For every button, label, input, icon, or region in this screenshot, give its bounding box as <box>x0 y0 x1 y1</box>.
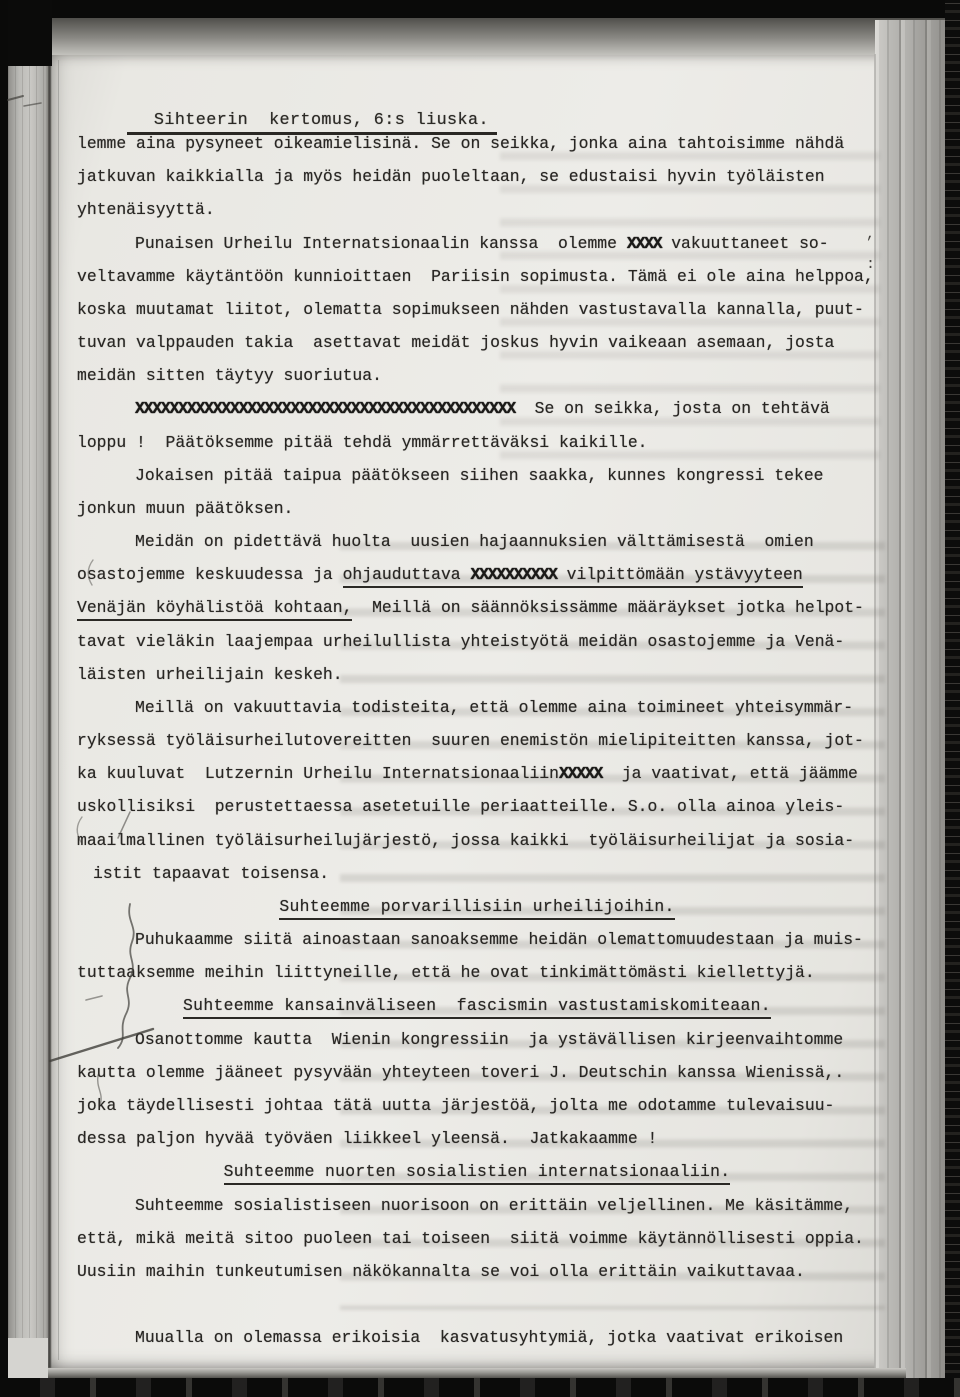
text-line: jatkuvan kaikkialla ja myös heidän puole… <box>77 160 877 193</box>
line-text: jatkuvan kaikkialla ja myös heidän puole… <box>77 167 825 186</box>
overstrike-redaction: XXXXXXXXXX <box>470 565 556 588</box>
left-binding-edge <box>8 40 46 1390</box>
line-text: että, mikä meitä sitoo puoleen tai toise… <box>77 1229 864 1248</box>
text-line: Muualla on olemassa erikoisia kasvatusyh… <box>77 1321 877 1354</box>
line-text: tuvan valppauden takia asettavat meidät … <box>77 333 834 352</box>
line-text: Jokaisen pitää taipua päätökseen siihen … <box>135 466 824 485</box>
line-text: veltavamme käytäntöön kunnioittaen Parii… <box>77 267 874 286</box>
text-line: tuttaaksemme meihin liittyneille, että h… <box>77 956 877 989</box>
line-text: Suhteemme nuorten sosialistien internats… <box>224 1162 731 1185</box>
line-text: Venäjän köyhälistöä kohtaan, <box>77 598 352 621</box>
line-text: yhtenäisyyttä. <box>77 200 215 219</box>
text-line: maailmallinen työläisurheilujärjestö, jo… <box>77 824 877 857</box>
overstrike-redaction: XXXX <box>627 234 662 253</box>
line-text: osastojemme keskuudessa ja <box>77 565 343 584</box>
scanned-book-page: Sihteerin kertomus, 6:s liuska. lemme ai… <box>0 0 960 1397</box>
text-line: uskollisiksi perustettaessa asetetuille … <box>77 790 877 823</box>
right-page-edges <box>875 20 945 1380</box>
text-line: joka täydellisesti johtaa tätä uutta jär… <box>77 1089 877 1122</box>
binding-crease-faint <box>58 60 59 1360</box>
line-text: Osanottomme kautta Wienin kongressiin ja… <box>135 1030 843 1049</box>
bottom-scan-band <box>0 1378 960 1397</box>
line-text: meidän sitten täytyy suoriutua. <box>77 366 382 385</box>
text-line: Punaisen Urheilu Internatsionaalin kanss… <box>77 227 877 260</box>
text-line: istit tapaavat toisensa. <box>77 857 877 890</box>
text-line: ka kuuluvat Lutzernin Urheilu Internatsi… <box>77 757 877 790</box>
document-body: lemme aina pysyneet oikeamielisinä. Se o… <box>77 127 877 1354</box>
line-text: jonkun muun päätöksen. <box>77 499 293 518</box>
line-text: lemme aina pysyneet oikeamielisinä. Se o… <box>77 134 844 153</box>
line-text: Suhteemme sosialistiseen nuorisoon on er… <box>135 1196 853 1215</box>
text-line: läisten urheilijain keskeh. <box>77 658 877 691</box>
line-text: istit tapaavat toisensa. <box>93 864 329 883</box>
text-line: dessa paljon hyvää työväen liikkeel ylee… <box>77 1122 877 1155</box>
line-text: Meidän on pidettävä huolta uusien hajaan… <box>135 532 814 551</box>
text-line: tavat vieläkin laajempaa urheilullista y… <box>77 625 877 658</box>
line-text: Punaisen Urheilu Internatsionaalin kanss… <box>135 234 627 253</box>
line-text: Meillä on säännöksissämme määräykset jot… <box>352 598 863 617</box>
section-heading: Suhteemme kansainväliseen fascismin vast… <box>77 989 877 1022</box>
text-line: Venäjän köyhälistöä kohtaan, Meillä on s… <box>77 591 877 624</box>
text-line: Uusiin maihin tunkeutumisen näkökannalta… <box>77 1255 877 1288</box>
line-text: Suhteemme kansainväliseen fascismin vast… <box>183 996 771 1019</box>
text-line: veltavamme käytäntöön kunnioittaen Parii… <box>77 260 877 293</box>
line-text: ohjauduttava <box>343 565 471 588</box>
page-bottom-edge <box>46 1368 906 1378</box>
text-line: loppu ! Päätöksemme pitää tehdä ymmärret… <box>77 426 877 459</box>
text-line: meidän sitten täytyy suoriutua. <box>77 359 877 392</box>
line-text: ryksessä työläisurheilutovereitten suure… <box>77 731 864 750</box>
text-line: Suhteemme sosialistiseen nuorisoon on er… <box>77 1189 877 1222</box>
line-text: loppu ! Päätöksemme pitää tehdä ymmärret… <box>77 433 648 452</box>
line-text: tavat vieläkin laajempaa urheilullista y… <box>77 632 844 651</box>
line-text: vilpittömään ystävyyteen <box>557 565 803 588</box>
line-text: vakuuttaneet so- <box>661 234 828 253</box>
text-line: lemme aina pysyneet oikeamielisinä. Se o… <box>77 127 877 160</box>
line-text: dessa paljon hyvää työväen liikkeel ylee… <box>77 1129 657 1148</box>
line-text: uskollisiksi perustettaessa asetetuille … <box>77 797 844 816</box>
text-line: XXXXXXXXXXXXXXXXXXXXXXXXXXXXXXXXXXXXXXXX… <box>77 392 877 425</box>
page-top-shadow <box>46 18 945 55</box>
line-text: kautta olemme jääneet pysyvään yhteyteen… <box>77 1063 844 1082</box>
text-line: Jokaisen pitää taipua päätökseen siihen … <box>77 459 877 492</box>
line-text: Uusiin maihin tunkeutumisen näkökannalta… <box>77 1262 805 1281</box>
text-line: Puhukaamme siitä ainoastaan sanoaksemme … <box>77 923 877 956</box>
line-text: maailmallinen työläisurheilujärjestö, jo… <box>77 831 854 850</box>
line-text: läisten urheilijain keskeh. <box>77 665 343 684</box>
binding-crease <box>48 54 51 1368</box>
text-line: ryksessä työläisurheilutovereitten suure… <box>77 724 877 757</box>
text-line: tuvan valppauden takia asettavat meidät … <box>77 326 877 359</box>
line-text: koska muutamat liitot, olematta sopimuks… <box>77 300 864 319</box>
section-heading: Suhteemme nuorten sosialistien internats… <box>77 1155 877 1188</box>
line-text: ka kuuluvat Lutzernin Urheilu Internatsi… <box>77 764 559 783</box>
text-line: koska muutamat liitot, olematta sopimuks… <box>77 293 877 326</box>
text-line: Meillä on vakuuttavia todisteita, että o… <box>77 691 877 724</box>
line-text: Se on seikka, josta on tehtävä <box>515 399 830 418</box>
top-scan-band <box>0 0 960 18</box>
overstrike-redaction: XXXXX <box>559 764 602 783</box>
line-text: tuttaaksemme meihin liittyneille, että h… <box>77 963 815 982</box>
text-line: Meidän on pidettävä huolta uusien hajaan… <box>77 525 877 558</box>
ink-speck: , <box>866 226 875 243</box>
overstrike-redaction: XXXXXXXXXXXXXXXXXXXXXXXXXXXXXXXXXXXXXXXX… <box>135 399 515 418</box>
text-line: kautta olemme jääneet pysyvään yhteyteen… <box>77 1056 877 1089</box>
line-text: Puhukaamme siitä ainoastaan sanoaksemme … <box>135 930 863 949</box>
text-line: yhtenäisyyttä. <box>77 193 877 226</box>
text-line: jonkun muun päätöksen. <box>77 492 877 525</box>
text-line <box>77 1288 877 1321</box>
line-text: Meillä on vakuuttavia todisteita, että o… <box>135 698 853 717</box>
text-line: Osanottomme kautta Wienin kongressiin ja… <box>77 1023 877 1056</box>
line-text: Suhteemme porvarillisiin urheilijoihin. <box>279 897 674 920</box>
left-scan-band <box>0 0 8 1397</box>
ink-speck: : <box>866 256 875 273</box>
right-scan-band <box>945 0 960 1397</box>
line-text: Muualla on olemassa erikoisia kasvatusyh… <box>135 1328 843 1347</box>
text-line: osastojemme keskuudessa ja ohjauduttava … <box>77 558 877 591</box>
text-line: että, mikä meitä sitoo puoleen tai toise… <box>77 1222 877 1255</box>
section-heading: Suhteemme porvarillisiin urheilijoihin. <box>77 890 877 923</box>
line-text: ja vaativat, että jäämme <box>602 764 858 783</box>
line-text: joka täydellisesti johtaa tätä uutta jär… <box>77 1096 834 1115</box>
